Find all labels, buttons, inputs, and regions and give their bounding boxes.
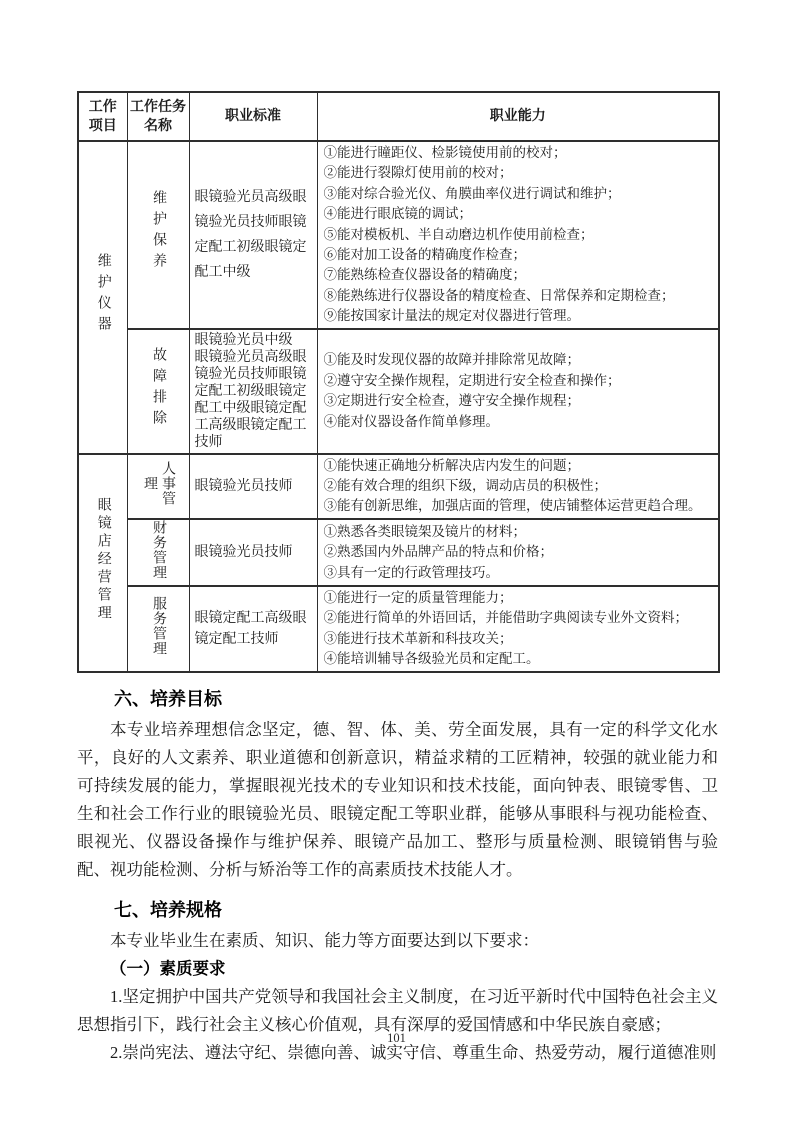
task-cell-service-management: 服务管理	[127, 586, 189, 672]
table-row: 维护仪器 维护保养 眼镜验光员高级眼镜验光员技师眼镜定配工初级眼镜定配工中级 ①…	[78, 141, 719, 329]
project-cell-shop-management: 眼镜店经营管理	[78, 454, 127, 672]
header-occupational-ability: 职业能力	[317, 92, 719, 141]
ability-cell: ①能及时发现仪器的故障并排除常见故障； ②遵守安全操作规程，定期进行安全检查和操…	[317, 329, 719, 454]
ability-cell: ①能进行一定的质量管理能力； ②能进行简单的外语回话，并能借助字典阅读专业外文资…	[317, 586, 719, 672]
task-cell-finance-management: 财务管理	[127, 519, 189, 586]
ability-cell: ①能进行瞳距仪、检影镜使用前的校对； ②能进行裂隙灯使用前的校对； ③能对综合验…	[317, 141, 719, 329]
table-row: 服务管理 眼镜定配工高级眼镜定配工技师 ①能进行一定的质量管理能力； ②能进行简…	[78, 586, 719, 672]
task-cell-maintenance: 维护保养	[127, 141, 189, 329]
page-number: 101	[0, 1031, 793, 1046]
table-row: 眼镜店经营管理 人事管 理 眼镜验光员技师 ①能快速正确地分析解决店内发生的问题…	[78, 454, 719, 519]
project-label: 维护仪器	[94, 253, 112, 337]
standard-cell: 眼镜验光员技师	[189, 454, 317, 519]
table-row: 故障排除 眼镜验光员中级 眼镜验光员高级眼镜验光员技师眼镜定配工初级眼镜定配工中…	[78, 329, 719, 454]
task-cell-personnel-management: 人事管 理	[127, 454, 189, 519]
project-label: 眼镜店经营管理	[94, 497, 112, 623]
table-header-row: 工作 项目 工作任务 名称 职业标准 职业能力	[78, 92, 719, 141]
task-cell-troubleshooting: 故障排除	[127, 329, 189, 454]
ability-cell: ①熟悉各类眼镜架及镜片的材料； ②熟悉国内外品牌产品的特点和价格； ③具有一定的…	[317, 519, 719, 586]
task-label: 服务管理	[149, 596, 167, 656]
occupational-standards-table: 工作 项目 工作任务 名称 职业标准 职业能力 维护仪器 维护保养 眼镜验光员高…	[77, 91, 720, 673]
task-label: 维护保养	[149, 190, 167, 274]
task-label: 财务管理	[149, 520, 167, 580]
standard-cell: 眼镜验光员技师	[189, 519, 317, 586]
task-label: 故障排除	[149, 347, 167, 431]
section-heading-training-objectives: 六、培养目标	[77, 686, 718, 712]
subsection-heading-quality-requirements: （一）素质要求	[77, 955, 718, 983]
table-row: 财务管理 眼镜验光员技师 ①熟悉各类眼镜架及镜片的材料； ②熟悉国内外品牌产品的…	[78, 519, 719, 586]
training-objectives-paragraph: 本专业培养理想信念坚定，德、智、体、美、劳全面发展，具有一定的科学文化水平，良好…	[77, 716, 718, 884]
project-cell-maintain-instruments: 维护仪器	[78, 141, 127, 454]
standard-cell: 眼镜验光员中级 眼镜验光员高级眼镜验光员技师眼镜定配工初级眼镜定配工中级眼镜定配…	[189, 329, 317, 454]
section-heading-training-specifications: 七、培养规格	[77, 897, 718, 923]
header-occupational-standard: 职业标准	[189, 92, 317, 141]
header-work-project: 工作 项目	[78, 92, 127, 141]
task-label: 人事管 理	[140, 461, 176, 506]
standard-cell: 眼镜定配工高级眼镜定配工技师	[189, 586, 317, 672]
page-content: 工作 项目 工作任务 名称 职业标准 职业能力 维护仪器 维护保养 眼镜验光员高…	[77, 91, 718, 1067]
training-specifications-intro: 本专业毕业生在素质、知识、能力等方面要达到以下要求：	[77, 927, 718, 955]
header-task-name: 工作任务 名称	[127, 92, 189, 141]
document-page: 工作 项目 工作任务 名称 职业标准 职业能力 维护仪器 维护保养 眼镜验光员高…	[0, 0, 793, 1122]
standard-cell: 眼镜验光员高级眼镜验光员技师眼镜定配工初级眼镜定配工中级	[189, 141, 317, 329]
ability-cell: ①能快速正确地分析解决店内发生的问题； ②能有效合理的组织下级，调动店员的积极性…	[317, 454, 719, 519]
